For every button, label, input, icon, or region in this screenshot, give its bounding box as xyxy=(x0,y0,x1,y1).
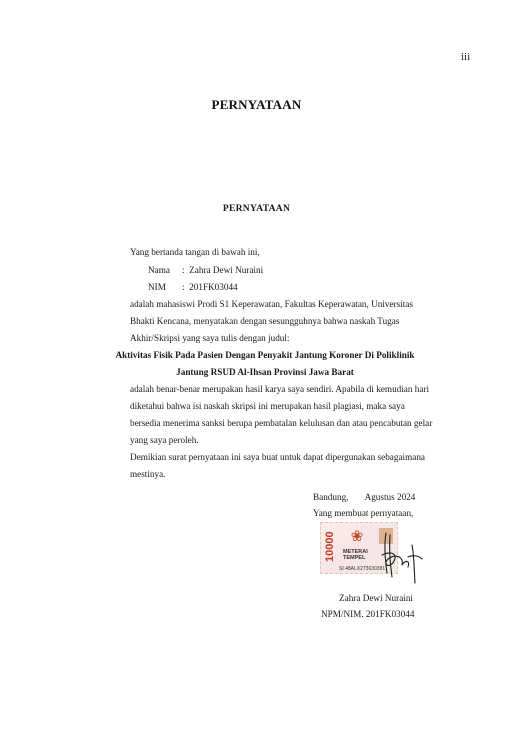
stamp-text-line: TEMPEL xyxy=(343,555,368,561)
place: Bandung, xyxy=(313,492,348,502)
statement-title: PERNYATAAN xyxy=(0,204,513,214)
nim-field: NIM: 201FK03044 xyxy=(148,282,238,292)
thesis-title-line: Jantung RSUD Al-Ihsan Provinsi Jawa Bara… xyxy=(0,367,513,377)
body-line: mestinya. xyxy=(130,469,165,479)
name-field: Nama: Zahra Dewi Nuraini xyxy=(148,265,263,275)
body-line: Bhakti Kencana, menyatakan dengan sesung… xyxy=(130,316,399,326)
signer-role: Yang membuat pernyataan, xyxy=(313,508,413,518)
body-line: Demikian surat pernyataan ini saya buat … xyxy=(130,452,425,462)
body-line: adalah benar-benar merupakan hasil karya… xyxy=(130,384,429,394)
date: Agustus 2024 xyxy=(365,492,416,502)
intro-text: Yang bertanda tangan di bawah ini, xyxy=(130,247,260,257)
place-date: Bandung, Agustus 2024 xyxy=(313,492,415,502)
body-line: adalah mahasiswi Prodi S1 Keperawatan, F… xyxy=(130,299,413,309)
body-line: diketahui bahwa isi naskah skripsi ini m… xyxy=(130,401,405,411)
field-label: NIM xyxy=(148,282,182,292)
signer-id: NPM/NIM. 201FK03044 xyxy=(321,609,414,619)
field-label: Nama xyxy=(148,265,182,275)
thesis-title-line: Aktivitas Fisik Pada Pasien Dengan Penya… xyxy=(0,350,513,360)
field-value: 201FK03044 xyxy=(189,282,238,292)
field-separator: : xyxy=(182,282,185,292)
stamp-text: METERAI TEMPEL xyxy=(343,549,368,561)
garuda-emblem-icon: ❀ xyxy=(348,527,366,547)
body-line: bersedia menerima sanksi berupa pembatal… xyxy=(130,418,432,428)
body-line: Akhir/Skripsi yang saya tulis dengan jud… xyxy=(130,333,290,343)
signature-icon xyxy=(368,525,428,587)
signer-name: Zahra Dewi Nuraini xyxy=(339,593,413,603)
scanned-statement: PERNYATAAN Yang bertanda tangan di bawah… xyxy=(0,0,513,736)
stamp-value: 10000 xyxy=(324,528,338,566)
field-value: Zahra Dewi Nuraini xyxy=(189,265,263,275)
body-line: yang saya peroleh. xyxy=(130,435,199,445)
field-separator: : xyxy=(182,265,185,275)
